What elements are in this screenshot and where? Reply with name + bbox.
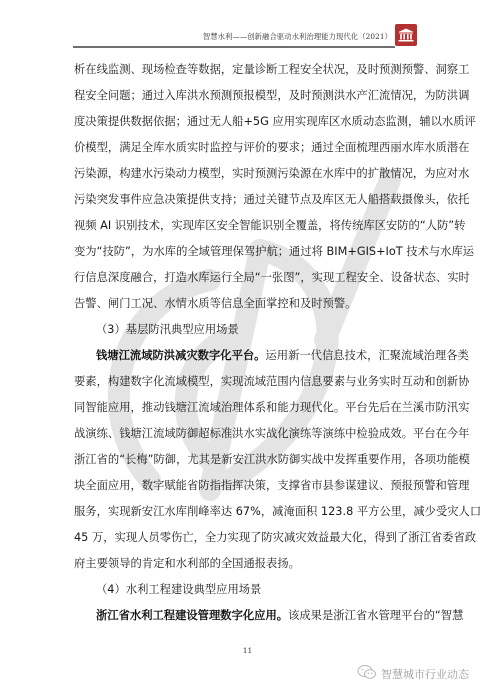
body-line: 块全面应用，数字赋能省防指指挥决策，支撑省市县参谋建议、预报预警和管理 [74, 473, 423, 499]
body-line: 视频 AI 识别技术，实现库区安全智能识别全覆盖，将传统库区安防的“人防”转 [74, 213, 423, 239]
section3-bold-lead: 钱塘江流域防洪减灾数字化平台。 [96, 349, 265, 362]
section4-lead-line: 浙江省水利工程建设管理数字化应用。该成果是浙江省水管理平台的“智慧 [74, 603, 423, 629]
section4-bold-lead: 浙江省水利工程建设管理数字化应用。 [96, 609, 288, 622]
body-line: 战演练、钱塘江流域防御超标准洪水实战化演练等演练中检验成效。平台在今年 [74, 421, 423, 447]
document-body: 析在线监测、现场检查等数据，定量诊断工程安全状况，及时预测预警、洞察工 程安全问… [74, 57, 423, 629]
body-line: 价模型，满足全库水质实时监控与评价的要求；通过全面梳理西丽水库水质潜在 [74, 135, 423, 161]
body-line: 浙江省的“长梅”防御，尤其是新安江洪水防御实战中发挥重要作用，各项功能模 [74, 447, 423, 473]
body-line: 服务，实现新安江水库削峰率达 67%，减淹面积 123.8 平方公里，减少受灾人… [74, 499, 423, 525]
body-line: 府主要领导的肯定和水利部的全国通报表扬。 [74, 551, 423, 577]
section4-lead-rest: 该成果是浙江省水管理平台的“智慧 [288, 609, 463, 622]
section3-lead-rest: 运用新一代信息技术，汇聚流域治理各类 [265, 349, 468, 362]
body-line: 告警、闸门工况、水情水质等信息全面掌控和及时预警。 [74, 291, 423, 317]
body-line: 析在线监测、现场检查等数据，定量诊断工程安全状况，及时预测预警、洞察工 [74, 57, 423, 83]
body-line: 变为“技防”，为水库的全域管理保驾护航；通过将 BIM+GIS+IoT 技术与水… [74, 239, 423, 265]
body-line: 污染源，构建水污染动力模型，实时预测污染源在水库中的扩散情况，为应对水 [74, 161, 423, 187]
body-line: 45 万，实现人员零伤亡，全力实现了防灾减灾效益最大化，得到了浙江省委省政 [74, 525, 423, 551]
section3-lead-line: 钱塘江流域防洪减灾数字化平台。运用新一代信息技术，汇聚流域治理各类 [74, 343, 423, 369]
header-title: 智慧水利——创新融合驱动水利治理能力现代化（2021） [203, 32, 392, 42]
header-divider [73, 46, 395, 48]
institution-building-icon [395, 24, 417, 46]
body-line: 度决策提供数据依据；通过无人船+5G 应用实现库区水质动态监测，辅以水质评 [74, 109, 423, 135]
page-header: 智慧水利——创新融合驱动水利治理能力现代化（2021） [73, 24, 418, 48]
page-number: 11 [0, 646, 495, 655]
section-heading-3: （3）基层防汛典型应用场景 [74, 317, 423, 343]
body-line: 程安全问题；通过入库洪水预测预报模型，及时预测洪水产汇流情况，为防洪调 [74, 83, 423, 109]
body-line: 污染突发事件应急决策提供支持；通过关键节点及库区无人船搭载摄像头，依托 [74, 187, 423, 213]
body-line: 同智能应用，推动钱塘江流域治理体系和能力现代化。平台先后在兰溪市防汛实 [74, 395, 423, 421]
wechat-icon [357, 664, 377, 683]
section-heading-4: （4）水利工程建设典型应用场景 [74, 577, 423, 603]
footer-brand-text: 智慧城市行业动态 [381, 666, 469, 682]
body-line: 要素，构建数字化流域模型，实现流域范围内信息要素与业务实时互动和创新协 [74, 369, 423, 395]
footer-brand: 智慧城市行业动态 [357, 664, 469, 683]
body-line: 行信息深度融合，打造水库运行全局“一张图”，实现工程安全、设备状态、实时 [74, 265, 423, 291]
